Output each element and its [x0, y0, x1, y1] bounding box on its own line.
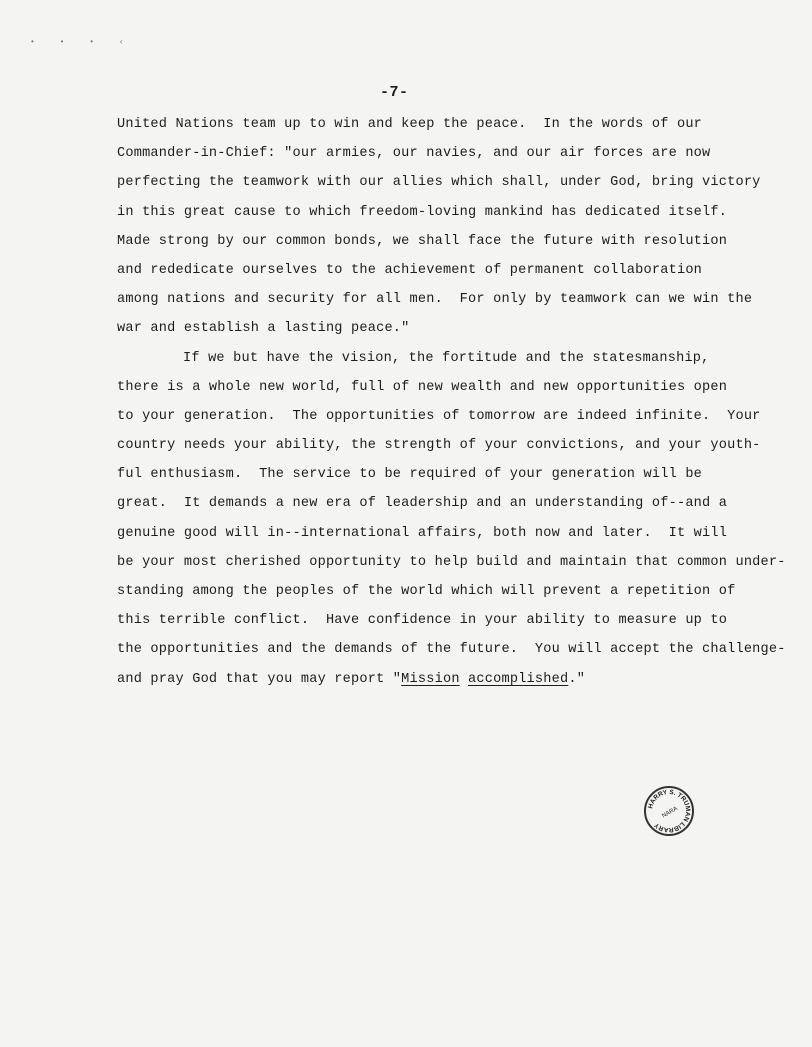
- text-line: genuine good will in--international affa…: [117, 519, 777, 548]
- text-line: standing among the peoples of the world …: [117, 577, 777, 606]
- text-line: Made strong by our common bonds, we shal…: [117, 227, 777, 256]
- text-line: ful enthusiasm. The service to be requir…: [117, 460, 777, 489]
- document-body: United Nations team up to win and keep t…: [117, 110, 777, 694]
- text-line: If we but have the vision, the fortitude…: [117, 344, 777, 373]
- text-line: the opportunities and the demands of the…: [117, 635, 777, 664]
- margin-specks: • • • ‹: [30, 38, 134, 47]
- stamp-seal-icon: HARRY S. TRUMAN LIBRARY NARA: [644, 786, 694, 836]
- page-number: -7-: [380, 84, 409, 101]
- stamp-center-text: NARA: [661, 806, 678, 820]
- closing-line: and pray God that you may report "Missio…: [117, 665, 777, 694]
- text-line: be your most cherished opportunity to he…: [117, 548, 777, 577]
- space: [460, 672, 468, 687]
- closing-suffix: .": [568, 672, 585, 687]
- text-line: among nations and security for all men. …: [117, 285, 777, 314]
- text-line: Commander-in-Chief: "our armies, our nav…: [117, 139, 777, 168]
- text-line: and rededicate ourselves to the achievem…: [117, 256, 777, 285]
- truman-library-stamp: HARRY S. TRUMAN LIBRARY NARA: [644, 786, 694, 836]
- text-line: war and establish a lasting peace.": [117, 314, 777, 343]
- underlined-accomplished: accomplished: [468, 672, 568, 687]
- text-line: great. It demands a new era of leadershi…: [117, 489, 777, 518]
- text-line: in this great cause to which freedom-lov…: [117, 198, 777, 227]
- text-line: to your generation. The opportunities of…: [117, 402, 777, 431]
- closing-prefix: and pray God that you may report ": [117, 672, 401, 687]
- text-line: United Nations team up to win and keep t…: [117, 110, 777, 139]
- text-line: country needs your ability, the strength…: [117, 431, 777, 460]
- text-line: this terrible conflict. Have confidence …: [117, 606, 777, 635]
- text-line: there is a whole new world, full of new …: [117, 373, 777, 402]
- underlined-mission: Mission: [401, 672, 460, 687]
- text-line: perfecting the teamwork with our allies …: [117, 168, 777, 197]
